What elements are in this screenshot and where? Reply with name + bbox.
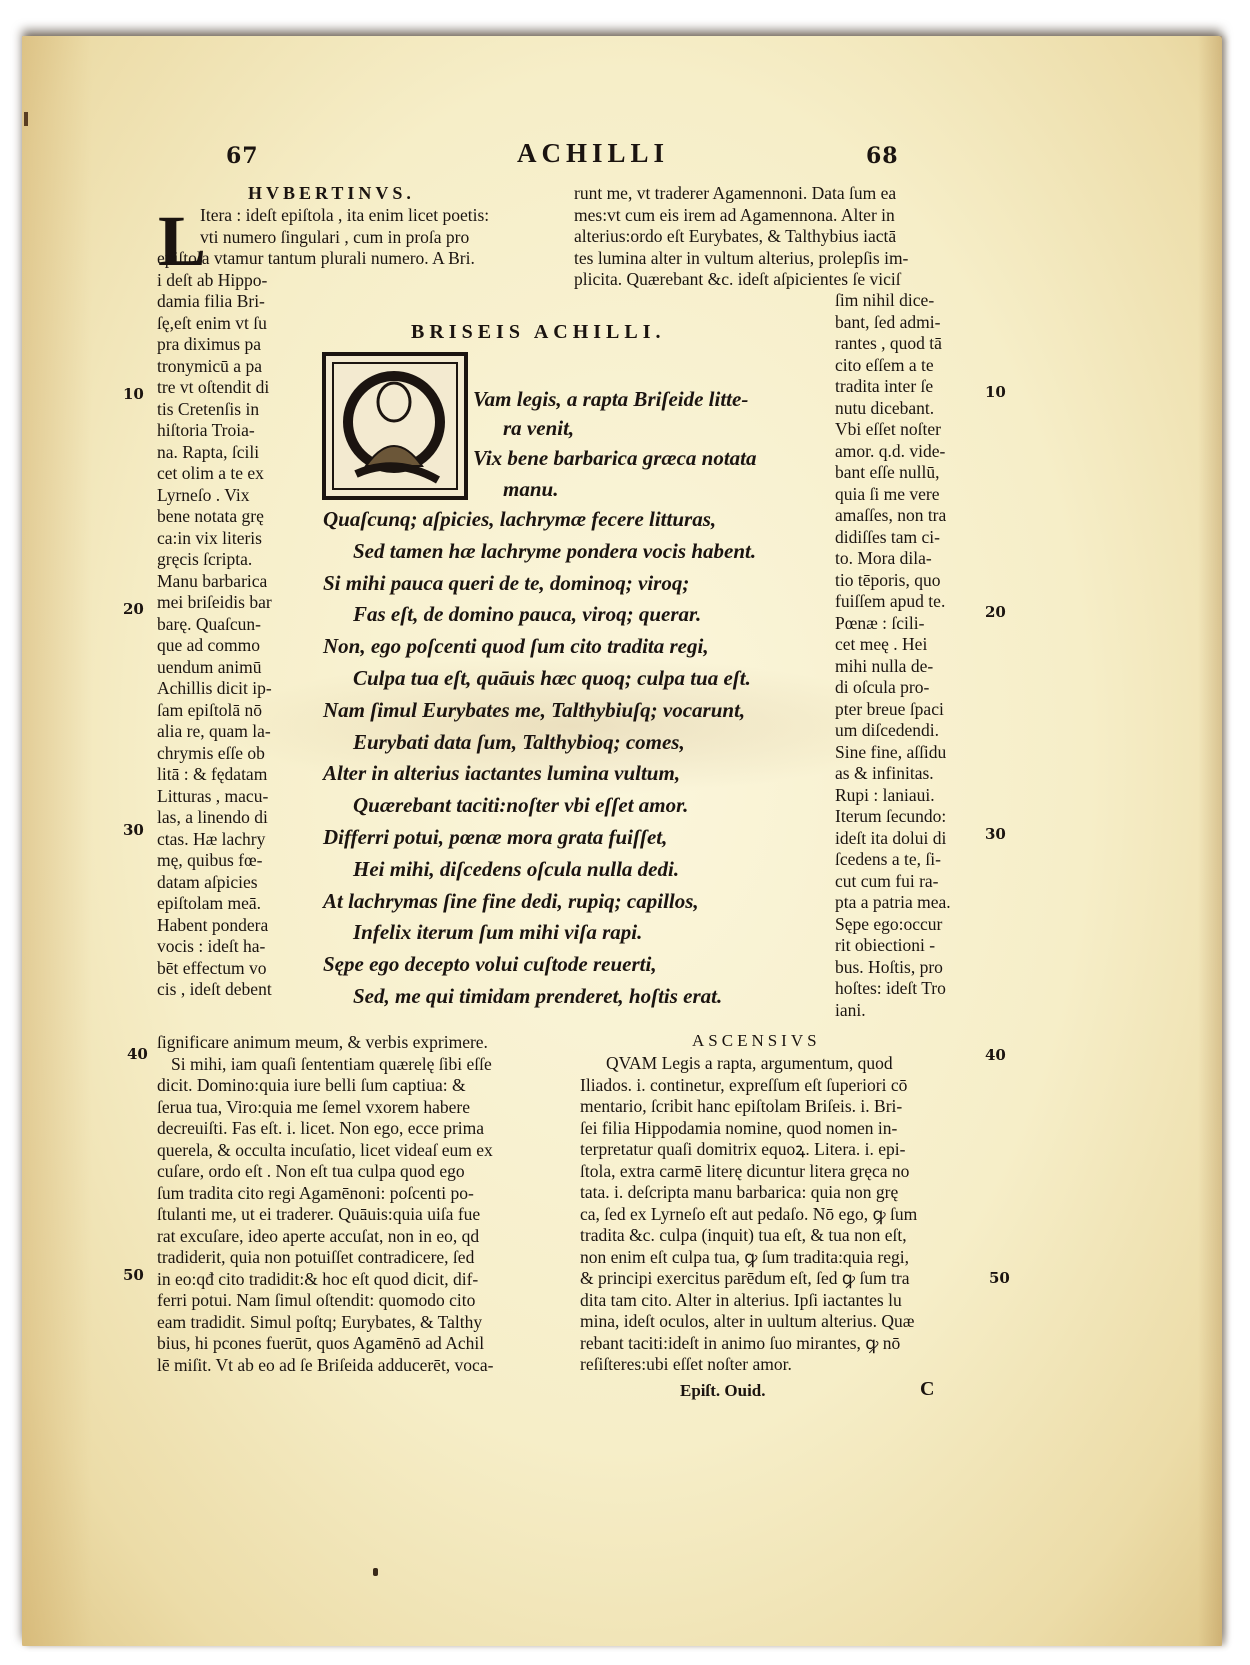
commentary-line: reſiſteres:ubi eſſet noſter amor.: [580, 1354, 917, 1376]
signature-mark: C: [920, 1378, 934, 1401]
commentary-line: to. Mora dila-: [835, 548, 951, 570]
verse-line: Alter in alterius iactantes lumina vultu…: [323, 758, 756, 790]
bottom-left-commentary: ſignificare animum meum, & verbis exprim…: [157, 1032, 493, 1376]
poem-verses: Quaſcunq; aſpicies, lachrymæ fecere litt…: [323, 504, 756, 1013]
verse-line: Culpa tua eſt, quāuis hæc quoq; culpa tu…: [323, 663, 756, 695]
commentary-line: damia filia Bri-: [157, 291, 475, 313]
commentary-line: vti numero ſingulari , cum in proſa pro: [200, 227, 489, 249]
commentary-line: ideſt ita dolui di: [835, 828, 951, 850]
commentary-line: amor. q.d. vide-: [835, 441, 951, 463]
commentary-line: cut cum fui ra-: [835, 871, 951, 893]
commentary-heading-ascensius: ASCENSIVS: [692, 1031, 821, 1051]
page-mark: [24, 112, 28, 126]
commentary-line: i deſt ab Hippo-: [157, 270, 475, 292]
left-commentary-top: Itera : ideſt epiſtola , ita enim licet …: [200, 205, 489, 248]
commentary-line: ſei filia Hippodamia nomine, quod nomen …: [580, 1118, 917, 1140]
commentary-line: ſim nihil dice-: [835, 290, 951, 312]
commentary-heading-hubertinus: HVBERTINVS.: [248, 183, 415, 204]
commentary-line: amaſſes, non tra: [835, 505, 951, 527]
verse-line: At lachrymas ſine fine dedi, rupiq; capi…: [323, 886, 756, 918]
right-commentary-top: runt me, vt traderer Agamennoni. Data ſu…: [574, 183, 908, 291]
commentary-line: tradita &c. culpa (inquit) tua eſt, & tu…: [580, 1225, 917, 1247]
commentary-line: ca, ſed ex Lyrneſo eſt aut pedaſo. Nō eg…: [580, 1204, 917, 1226]
commentary-line: ſtola, extra carmē literę dicuntur liter…: [580, 1161, 917, 1183]
line-number-right: 10: [985, 383, 1006, 401]
verse-line: Vix bene barbarica græca notata: [473, 440, 757, 476]
commentary-line: tata. i. deſcripta manu barbarica: quia …: [580, 1182, 917, 1204]
folio-right: 68: [866, 143, 899, 169]
woodcut-initial-q: [322, 352, 468, 500]
commentary-line: hoſtes: ideſt Tro: [835, 978, 951, 1000]
verse-line: Non, ego poſcenti quod ſum cito tradita …: [323, 631, 756, 663]
commentary-line: ſum tradita cito regi Agamēnoni: poſcent…: [157, 1183, 493, 1205]
commentary-line: Vbi eſſet noſter: [835, 419, 951, 441]
line-number-left: 20: [123, 600, 144, 618]
commentary-line: tradita inter ſe: [835, 376, 951, 398]
commentary-line: as & infinitas.: [835, 763, 951, 785]
verse-line: Sępe ego decepto volui cuſtode reuerti,: [323, 949, 756, 981]
commentary-line: didiſſes tam ci-: [835, 527, 951, 549]
commentary-line: terpretatur quaſi domitrix equoꝝ. Litera…: [580, 1139, 917, 1161]
commentary-line: rebant taciti:ideſt in animo ſuo mirante…: [580, 1333, 917, 1355]
commentary-line: Si mihi, iam quaſi ſententiam quærelę ſi…: [157, 1054, 493, 1076]
commentary-line: & principi exercitus parēdum eſt, ſed ꝙ …: [580, 1268, 917, 1290]
running-title: ACHILLI: [517, 138, 669, 169]
commentary-line: iani.: [835, 1000, 951, 1022]
line-number-left: 10: [123, 385, 144, 403]
commentary-line: quia ſi me vere: [835, 484, 951, 506]
line-number-right: 50: [989, 1269, 1010, 1287]
commentary-line: lē miſit. Vt ab eo ad ſe Briſeida adduce…: [157, 1355, 493, 1377]
commentary-line: ſtulanti me, ut ei traderer. Quāuis:quia…: [157, 1204, 493, 1226]
verse-line: Fas eſt, de domino pauca, viroq; querar.: [323, 599, 756, 631]
verse-line: Quaſcunq; aſpicies, lachrymæ fecere litt…: [323, 504, 756, 536]
commentary-line: bant eſſe nullū,: [835, 462, 951, 484]
commentary-line: Iterum ſecundo:: [835, 806, 951, 828]
line-number-right: 40: [985, 1046, 1006, 1064]
verse-line: ra venit,: [473, 416, 757, 440]
commentary-line: ſcedens a te, ſi-: [835, 849, 951, 871]
commentary-line: dicit. Domino:quia iure belli ſum captiu…: [157, 1075, 493, 1097]
commentary-line: runt me, vt traderer Agamennoni. Data ſu…: [574, 183, 908, 205]
line-number-right: 30: [985, 825, 1006, 843]
commentary-line: pter breue ſpaci: [835, 699, 951, 721]
commentary-line: epiſtola vtamur tantum plurali numero. A…: [157, 248, 475, 270]
commentary-line: rantes , quod tā: [835, 333, 951, 355]
commentary-line: Iliados. i. continetur, expreſſum eſt ſu…: [580, 1075, 917, 1097]
line-number-left: 50: [123, 1266, 144, 1284]
commentary-line: dita tam cito. Alter in alterius. Ipſi i…: [580, 1290, 917, 1312]
commentary-line: ſerua tua, Viro:quia me ſemel vxorem hab…: [157, 1097, 493, 1119]
paper-stain: [22, 36, 92, 1646]
commentary-line: mes:vt cum eis irem ad Agamennona. Alter…: [574, 205, 908, 227]
right-commentary-col: ſim nihil dice- bant, ſed admi- rantes ,…: [835, 290, 951, 1021]
commentary-line: mihi nulla de-: [835, 656, 951, 678]
commentary-line: cet meę . Hei: [835, 634, 951, 656]
verse-line: Sed tamen hæ lachryme pondera vocis habe…: [323, 536, 756, 568]
poem-verse-block-first: Vam legis, a rapta Briſeide litte- ra ve…: [473, 382, 757, 502]
commentary-line: cuſare, ordo eſt . Non eſt tua culpa quo…: [157, 1161, 493, 1183]
commentary-line: QVAM Legis a rapta, argumentum, quod: [580, 1053, 917, 1075]
commentary-line: Rupi : laniaui.: [835, 785, 951, 807]
commentary-line: Pœnæ : ſcili-: [835, 613, 951, 635]
verse-line: Si mihi pauca queri de te, dominoq; viro…: [323, 568, 756, 600]
commentary-line: Sępe ego:occur: [835, 914, 951, 936]
commentary-line: nutu dicebant.: [835, 398, 951, 420]
bottom-right-commentary: QVAM Legis a rapta, argumentum, quod Ili…: [580, 1053, 917, 1376]
commentary-line: rit obiectioni -: [835, 935, 951, 957]
commentary-line: di oſcula pro-: [835, 677, 951, 699]
commentary-line: plicita. Quærebant &c. ideſt aſpicientes…: [574, 269, 908, 291]
ink-speck: [373, 1568, 378, 1576]
commentary-line: mentario, ſcribit hanc epiſtolam Briſeis…: [580, 1096, 917, 1118]
line-number-right: 20: [985, 603, 1006, 621]
commentary-line: tio tēporis, quo: [835, 570, 951, 592]
folio-left: 67: [226, 143, 259, 169]
catchword: Epiſt. Ouid.: [680, 1381, 766, 1401]
line-number-left: 30: [123, 821, 144, 839]
commentary-line: rat excuſare, ideo aperte accuſat, non i…: [157, 1226, 493, 1248]
commentary-line: alterius:ordo eſt Eurybates, & Talthybiu…: [574, 226, 908, 248]
commentary-line: tradiderit, quia non potuiſſet contradic…: [157, 1247, 493, 1269]
verse-line: Nam ſimul Eurybates me, Talthybiuſq; voc…: [323, 695, 756, 727]
verse-line: Hei mihi, diſcedens oſcula nulla dedi.: [323, 854, 756, 886]
verse-line: Eurybati data ſum, Talthybioq; comes,: [323, 727, 756, 759]
page-edge: [1198, 36, 1222, 1646]
verse-line: manu.: [473, 476, 757, 502]
commentary-line: bant, ſed admi-: [835, 312, 951, 334]
commentary-line: cito eſſem a te: [835, 355, 951, 377]
verse-line: Quærebant taciti:noſter vbi eſſet amor.: [323, 790, 756, 822]
commentary-line: Itera : ideſt epiſtola , ita enim licet …: [200, 205, 489, 227]
commentary-line: fuiſſem apud te.: [835, 591, 951, 613]
poem-title: BRISEIS ACHILLI.: [411, 321, 666, 344]
commentary-line: ſignificare animum meum, & verbis exprim…: [157, 1032, 493, 1054]
line-number-left: 40: [127, 1045, 148, 1063]
commentary-line: tes lumina alter in vultum alterius, pro…: [574, 248, 908, 270]
commentary-line: pta a patria mea.: [835, 892, 951, 914]
commentary-line: in eo:qđ cito tradidit:& hoc eſt quod di…: [157, 1269, 493, 1291]
commentary-line: ferri potui. Nam ſimul oſtendit: quomodo…: [157, 1290, 493, 1312]
commentary-line: bus. Hoſtis, pro: [835, 957, 951, 979]
verse-line: Vam legis, a rapta Briſeide litte-: [473, 382, 757, 416]
commentary-line: Sine fine, aſſidu: [835, 742, 951, 764]
commentary-line: eam tradidit. Simul poſtq; Eurybates, & …: [157, 1312, 493, 1334]
verse-line: Sed, me qui timidam prenderet, hoſtis er…: [323, 981, 756, 1013]
woodcut-figure-icon: [326, 356, 464, 496]
commentary-line: querela, & occulta incuſatio, licet vide…: [157, 1140, 493, 1162]
commentary-line: bius, hi pcones fuerūt, quos Agamēnō ad …: [157, 1333, 493, 1355]
verse-line: Differri potui, pœnæ mora grata fuiſſet,: [323, 822, 756, 854]
commentary-line: decreuiſti. Fas eſt. i. licet. Non ego, …: [157, 1118, 493, 1140]
verse-line: Infelix iterum ſum mihi viſa rapi.: [323, 917, 756, 949]
commentary-line: um diſcedendi.: [835, 720, 951, 742]
commentary-line: mina, ideſt oculos, alter in uultum alte…: [580, 1311, 917, 1333]
commentary-line: non enim eſt culpa tua, ꝙ ſum tradita:qu…: [580, 1247, 917, 1269]
